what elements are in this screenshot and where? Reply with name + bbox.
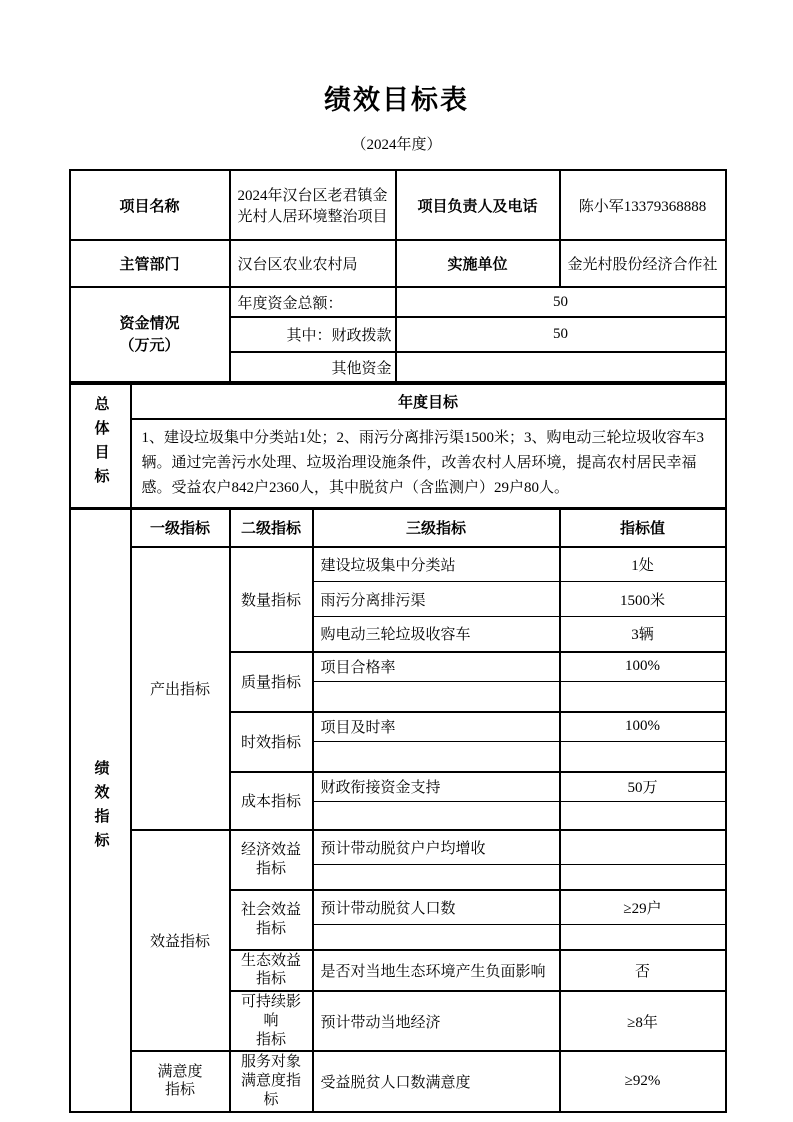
indicator-value (560, 865, 726, 890)
level2-social: 社会效益 指标 (230, 890, 313, 950)
leader-value: 陈小军13379368888 (560, 170, 726, 240)
document-page: 绩效目标表 （2024年度） 项目名称 2024年汉台区老君镇金光村人居环境整治… (0, 0, 793, 1122)
indicator-name: 项目及时率 (313, 712, 560, 742)
funding-fiscal-value: 50 (396, 317, 726, 352)
annual-goal-header: 年度目标 (131, 384, 726, 419)
main-table: 项目名称 2024年汉台区老君镇金光村人居环境整治项目 项目负责人及电话 陈小军… (69, 169, 725, 1113)
indicator-name: 雨污分离排污渠 (313, 582, 560, 617)
indicator-name (313, 742, 560, 772)
table-row: 绩效指标 一级指标 二级指标 三级指标 指标值 (70, 510, 726, 547)
unit-label: 实施单位 (396, 240, 560, 287)
level2-timeliness: 时效指标 (230, 712, 313, 772)
funding-fiscal-label: 其中：财政拨款 (230, 317, 396, 352)
table-row: 项目名称 2024年汉台区老君镇金光村人居环境整治项目 项目负责人及电话 陈小军… (70, 170, 726, 240)
leader-label: 项目负责人及电话 (396, 170, 560, 240)
table-row: 效益指标 经济效益 指标 预计带动脱贫户户均增收 (70, 830, 726, 865)
indicator-value (560, 802, 726, 830)
indicator-value (560, 682, 726, 712)
indicator-value: ≥92% (560, 1051, 726, 1111)
indicator-value: ≥29户 (560, 890, 726, 925)
indicator-value (560, 925, 726, 950)
unit-value: 金光村股份经济合作社 (560, 240, 726, 287)
table-row: 满意度 指标 服务对象 满意度指标 受益脱贫人口数满意度 ≥92% (70, 1051, 726, 1111)
header-level3: 三级指标 (313, 510, 560, 547)
level2-cost: 成本指标 (230, 772, 313, 830)
indicator-value: 100% (560, 652, 726, 682)
level1-output: 产出指标 (131, 547, 230, 830)
level2-quality: 质量指标 (230, 652, 313, 712)
dept-label: 主管部门 (70, 240, 230, 287)
funding-other-label: 其他资金 (230, 352, 396, 382)
indicator-name: 预计带动当地经济 (313, 991, 560, 1051)
funding-total-label: 年度资金总额： (230, 287, 396, 317)
header-level2: 二级指标 (230, 510, 313, 547)
info-table: 项目名称 2024年汉台区老君镇金光村人居环境整治项目 项目负责人及电话 陈小军… (69, 169, 727, 383)
project-name-label: 项目名称 (70, 170, 230, 240)
indicator-name (313, 925, 560, 950)
indicator-name: 财政衔接资金支持 (313, 772, 560, 802)
indicator-name: 受益脱贫人口数满意度 (313, 1051, 560, 1111)
table-row: 资金情况 （万元） 年度资金总额： 50 (70, 287, 726, 317)
level2-economic: 经济效益 指标 (230, 830, 313, 890)
table-row: 主管部门 汉台区农业农村局 实施单位 金光村股份经济合作社 (70, 240, 726, 287)
overall-goal-table: 总体目标 年度目标 1、建设垃圾集中分类站1处；2、雨污分离排污渠1500米；3… (69, 383, 727, 509)
funding-other-value (396, 352, 726, 382)
header-value: 指标值 (560, 510, 726, 547)
indicator-value: 否 (560, 950, 726, 992)
funding-total-value: 50 (396, 287, 726, 317)
indicators-table: 绩效指标 一级指标 二级指标 三级指标 指标值 产出指标 数量指标 建设垃圾集中… (69, 509, 727, 1113)
overall-goal-side-label-text: 总体目标 (93, 396, 108, 492)
table-row: 1、建设垃圾集中分类站1处；2、雨污分离排污渠1500米；3、购电动三轮垃圾收容… (70, 419, 726, 508)
indicator-value: 50万 (560, 772, 726, 802)
header-level1: 一级指标 (131, 510, 230, 547)
level2-service: 服务对象 满意度指标 (230, 1051, 313, 1111)
indicator-name (313, 802, 560, 830)
indicator-value (560, 830, 726, 865)
indicator-name: 预计带动脱贫户户均增收 (313, 830, 560, 865)
table-row: 总体目标 年度目标 (70, 384, 726, 419)
indicator-name: 是否对当地生态环境产生负面影响 (313, 950, 560, 992)
overall-goal-side-label: 总体目标 (70, 384, 131, 508)
level2-ecological: 生态效益 指标 (230, 950, 313, 992)
indicator-name: 预计带动脱贫人口数 (313, 890, 560, 925)
indicator-name (313, 682, 560, 712)
indicator-value: 3辆 (560, 617, 726, 652)
funding-label: 资金情况 （万元） (70, 287, 230, 382)
annual-goal-text: 1、建设垃圾集中分类站1处；2、雨污分离排污渠1500米；3、购电动三轮垃圾收容… (131, 419, 726, 508)
indicator-name: 购电动三轮垃圾收容车 (313, 617, 560, 652)
indicator-value: 1500米 (560, 582, 726, 617)
document-subtitle: （2024年度） (0, 133, 793, 154)
document-title: 绩效目标表 (0, 78, 793, 117)
indicators-side-label: 绩效指标 (70, 510, 131, 1112)
indicator-value (560, 742, 726, 772)
indicator-name (313, 865, 560, 890)
indicator-name: 建设垃圾集中分类站 (313, 547, 560, 582)
level1-satisfaction: 满意度 指标 (131, 1051, 230, 1111)
indicator-value: ≥8年 (560, 991, 726, 1051)
project-name-value: 2024年汉台区老君镇金光村人居环境整治项目 (230, 170, 396, 240)
level2-sustain: 可持续影响 指标 (230, 991, 313, 1051)
indicator-value: 1处 (560, 547, 726, 582)
indicator-value: 100% (560, 712, 726, 742)
indicator-name: 项目合格率 (313, 652, 560, 682)
table-row: 产出指标 数量指标 建设垃圾集中分类站 1处 (70, 547, 726, 582)
level1-benefit: 效益指标 (131, 830, 230, 1052)
indicators-side-label-text: 绩效指标 (93, 760, 108, 856)
dept-value: 汉台区农业农村局 (230, 240, 396, 287)
level2-quantity: 数量指标 (230, 547, 313, 652)
